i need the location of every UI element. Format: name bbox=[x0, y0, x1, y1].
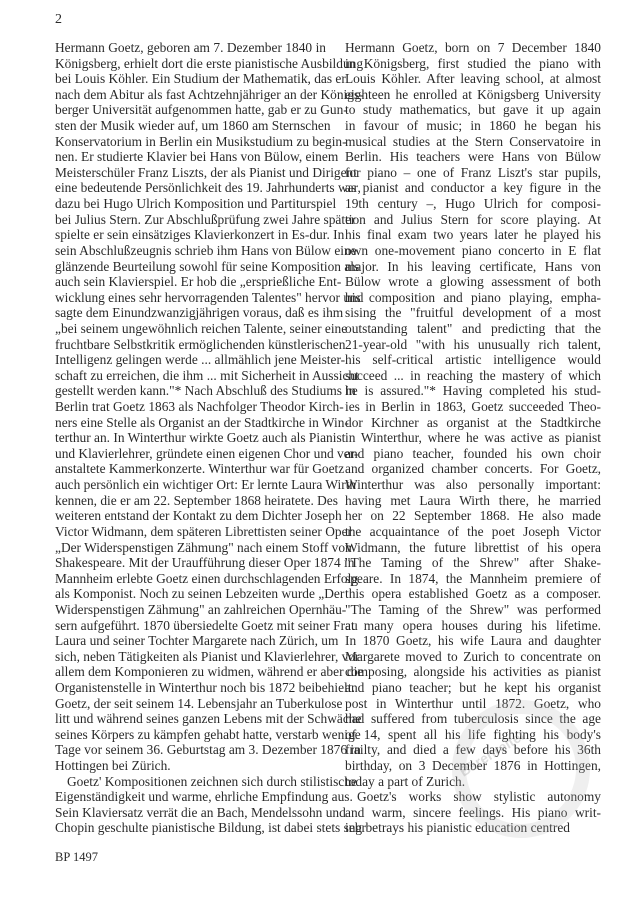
text-line: sising the "fruitful development of a mo… bbox=[345, 305, 601, 321]
text-line: berger Universität aufgenommen hatte, ga… bbox=[55, 102, 326, 118]
text-line: her on 22 September 1868. He also made bbox=[345, 508, 601, 524]
text-line: Goetz's works show stylistic autonomy bbox=[345, 789, 601, 805]
text-line: to study mathematics, but gave it up aga… bbox=[345, 102, 601, 118]
text-line: major. In his leaving certificate, Hans … bbox=[345, 259, 601, 275]
text-line: Widerspenstigen Zähmung" an zahlreichen … bbox=[55, 602, 326, 618]
text-line: sten der Musik wieder auf, um 1860 am St… bbox=[55, 118, 326, 134]
text-line: Widmann, the future librettist of his op… bbox=[345, 540, 601, 556]
text-line: auch persönlich ein wichtiger Ort: Er le… bbox=[55, 477, 326, 493]
text-line: Hottingen bei Zürich. bbox=[55, 758, 326, 774]
text-line: sich, neben Tätigkeiten als Pianist und … bbox=[55, 649, 326, 665]
text-line: Intelligenz gelingen werde ... allmählic… bbox=[55, 352, 326, 368]
text-line: glänzende Beurteilung sowohl für seine K… bbox=[55, 259, 326, 275]
text-line: today a part of Zurich. bbox=[345, 774, 601, 790]
text-line: eighteen he enrolled at Königsberg Unive… bbox=[345, 87, 601, 103]
text-line: and piano teacher, founded his own choir bbox=[345, 446, 601, 462]
text-line: Chopin geschulte pianistische Bildung, i… bbox=[55, 820, 326, 836]
text-line: ners eine Stelle als Organist an der Sta… bbox=[55, 415, 326, 431]
text-line: 19th century –, Hugo Ulrich for composi- bbox=[345, 196, 601, 212]
text-line: had suffered from tuberculosis since the… bbox=[345, 711, 601, 727]
text-line: 21-year-old "with his unusually rich tal… bbox=[345, 337, 601, 353]
text-line: allem dem Komponieren zu widmen, während… bbox=[55, 664, 326, 680]
text-line: succeed ... in reaching the mastery of w… bbox=[345, 368, 601, 384]
text-line: Königsberg, erhielt dort die erste piani… bbox=[55, 56, 326, 72]
text-line: Winterthur was also personally important… bbox=[345, 477, 601, 493]
text-line: sagte dem Einundzwanzigjährigen voraus, … bbox=[55, 305, 326, 321]
text-line: ies in Berlin in 1863, Goetz succeeded T… bbox=[345, 399, 601, 415]
text-line: kennen, die er am 22. September 1868 hei… bbox=[55, 493, 326, 509]
text-line: und Klavierlehrer, gründete einen eigene… bbox=[55, 446, 326, 462]
text-line: his self-critical artistic intelligence … bbox=[345, 352, 601, 368]
text-line: he is assured."* Having completed his st… bbox=[345, 383, 601, 399]
text-line: "The Taming of the Shrew" was performed bbox=[345, 602, 601, 618]
text-line: dor Kirchner as organist at the Stadtkir… bbox=[345, 415, 601, 431]
text-line: schaft zu erreichen, die ihm ... mit Sic… bbox=[55, 368, 326, 384]
text-line: Berlin trat Goetz 1863 als Nachfolger Th… bbox=[55, 399, 326, 415]
text-line: and warm, sincere feelings. His piano wr… bbox=[345, 805, 601, 821]
text-line: Organistenstelle in Winterthur noch bis … bbox=[55, 680, 326, 696]
text-line: auch sein Klavierspiel. Er hob die „ersp… bbox=[55, 274, 326, 290]
text-line: seines Körpers zu kämpfen gehabt hatte, … bbox=[55, 727, 326, 743]
text-line: Hermann Goetz, geboren am 7. Dezember 18… bbox=[55, 40, 326, 56]
text-line: as pianist and conductor a key figure in… bbox=[345, 180, 601, 196]
text-line: his final exam two years later he played… bbox=[345, 227, 601, 243]
text-line: ing betrays his pianistic education cent… bbox=[345, 820, 601, 836]
text-line: „Der Widerspenstigen Zähmung" nach einem… bbox=[55, 540, 326, 556]
text-line: composing, alongside his activities as p… bbox=[345, 664, 601, 680]
text-line: eine bedeutende Persönlichkeit des 19. J… bbox=[55, 180, 326, 196]
text-line: dazu bei Hugo Ulrich Komposition und Par… bbox=[55, 196, 326, 212]
text-line: Meisterschüler Franz Liszts, der als Pia… bbox=[55, 165, 326, 181]
footer-catalog-code: BP 1497 bbox=[55, 850, 98, 865]
text-line: wicklung eines sehr hervorragenden Talen… bbox=[55, 290, 326, 306]
english-text-column: Hermann Goetz, born on 7 December 1840in… bbox=[345, 40, 601, 836]
text-line: tion and Julius Stern for score playing.… bbox=[345, 212, 601, 228]
text-line: gestellt werden kann."* Nach Abschluß de… bbox=[55, 383, 326, 399]
text-line: nach dem Abitur als fast Achtzehnjährige… bbox=[55, 87, 326, 103]
text-line: litt und während seines ganzen Lebens mi… bbox=[55, 711, 326, 727]
text-line: and piano teacher; but he kept his organ… bbox=[345, 680, 601, 696]
page-number: 2 bbox=[55, 12, 62, 28]
text-line: of 14, spent all his life fighting his b… bbox=[345, 727, 601, 743]
text-line: In 1870 Goetz, his wife Laura and daught… bbox=[345, 633, 601, 649]
text-line: this opera established Goetz as a compos… bbox=[345, 586, 601, 602]
text-line: musical studies at the Stern Conservatoi… bbox=[345, 134, 601, 150]
text-line: fruchtbare Selbstkritik ermöglichenden k… bbox=[55, 337, 326, 353]
text-line: frailty, and died a few days before his … bbox=[345, 742, 601, 758]
text-line: the acquaintance of the poet Joseph Vict… bbox=[345, 524, 601, 540]
text-line: nen. Er studierte Klavier bei Hans von B… bbox=[55, 149, 326, 165]
text-line: Eigenständigkeit und warme, ehrliche Emp… bbox=[55, 789, 326, 805]
text-line: at many opera houses during his lifetime… bbox=[345, 618, 601, 634]
text-line: Hermann Goetz, born on 7 December 1840 bbox=[345, 40, 601, 56]
text-line: Mannheim erlebte Goetz einen durchschlag… bbox=[55, 571, 326, 587]
text-line: birthday, on 3 December 1876 in Hottinge… bbox=[345, 758, 601, 774]
text-line: sern aufgeführt. 1870 übersiedelte Goetz… bbox=[55, 618, 326, 634]
text-line: in favour of music; in 1860 he began his bbox=[345, 118, 601, 134]
text-line: „bei seinem ungewöhnlich reichen Talente… bbox=[55, 321, 326, 337]
text-line: outstanding talent" and predicting that … bbox=[345, 321, 601, 337]
text-line: bei Louis Köhler. Ein Studium der Mathem… bbox=[55, 71, 326, 87]
text-line: weiteren entstand der Kontakt zu dem Dic… bbox=[55, 508, 326, 524]
text-line: having met Laura Wirth there, he married bbox=[345, 493, 601, 509]
text-line: and organized chamber concerts. For Goet… bbox=[345, 461, 601, 477]
text-line: Goetz, der seit seinem 14. Lebensjahr an… bbox=[55, 696, 326, 712]
text-line: als Komponist. Noch zu seinen Lebzeiten … bbox=[55, 586, 326, 602]
text-line: in Winterthur, where he was active as pi… bbox=[345, 430, 601, 446]
text-line: terthur an. In Winterthur wirkte Goetz a… bbox=[55, 430, 326, 446]
text-line: Goetz' Kompositionen zeichnen sich durch… bbox=[55, 774, 326, 790]
text-line: post in Winterthur until 1872. Goetz, wh… bbox=[345, 696, 601, 712]
german-text-column: Hermann Goetz, geboren am 7. Dezember 18… bbox=[55, 40, 326, 836]
text-line: for piano – one of Franz Liszt's star pu… bbox=[345, 165, 601, 181]
text-line: sein Abschlußzeugnis schrieb ihm Hans vo… bbox=[55, 243, 326, 259]
text-line: anstaltete Kammerkonzerte. Winterthur wa… bbox=[55, 461, 326, 477]
text-line: Laura und seiner Tochter Margarete nach … bbox=[55, 633, 326, 649]
text-line: Tage vor seinem 36. Geburtstag am 3. Dez… bbox=[55, 742, 326, 758]
text-line: speare. In 1874, the Mannheim premiere o… bbox=[345, 571, 601, 587]
text-line: Margarete moved to Zurich to concentrate… bbox=[345, 649, 601, 665]
text-line: Louis Köhler. After leaving school, at a… bbox=[345, 71, 601, 87]
text-line: own one-movement piano concerto in E fla… bbox=[345, 243, 601, 259]
text-line: Berlin. His teachers were Hans von Bülow bbox=[345, 149, 601, 165]
text-line: "The Taming of the Shrew" after Shake- bbox=[345, 555, 601, 571]
text-line: spielte er sein einsätziges Klavierkonze… bbox=[55, 227, 326, 243]
text-line: Sein Klaviersatz verrät die an Bach, Men… bbox=[55, 805, 326, 821]
text-line: bei Julius Stern. Zur Abschlußprüfung zw… bbox=[55, 212, 326, 228]
text-line: Konservatorium in Berlin ein Musikstudiu… bbox=[55, 134, 326, 150]
text-line: Bülow wrote a glowing assessment of both bbox=[345, 274, 601, 290]
text-line: Victor Widmann, dem späteren Librettiste… bbox=[55, 524, 326, 540]
text-line: in Königsberg, first studied the piano w… bbox=[345, 56, 601, 72]
text-line: his composition and piano playing, empha… bbox=[345, 290, 601, 306]
text-line: Shakespeare. Mit der Uraufführung dieser… bbox=[55, 555, 326, 571]
